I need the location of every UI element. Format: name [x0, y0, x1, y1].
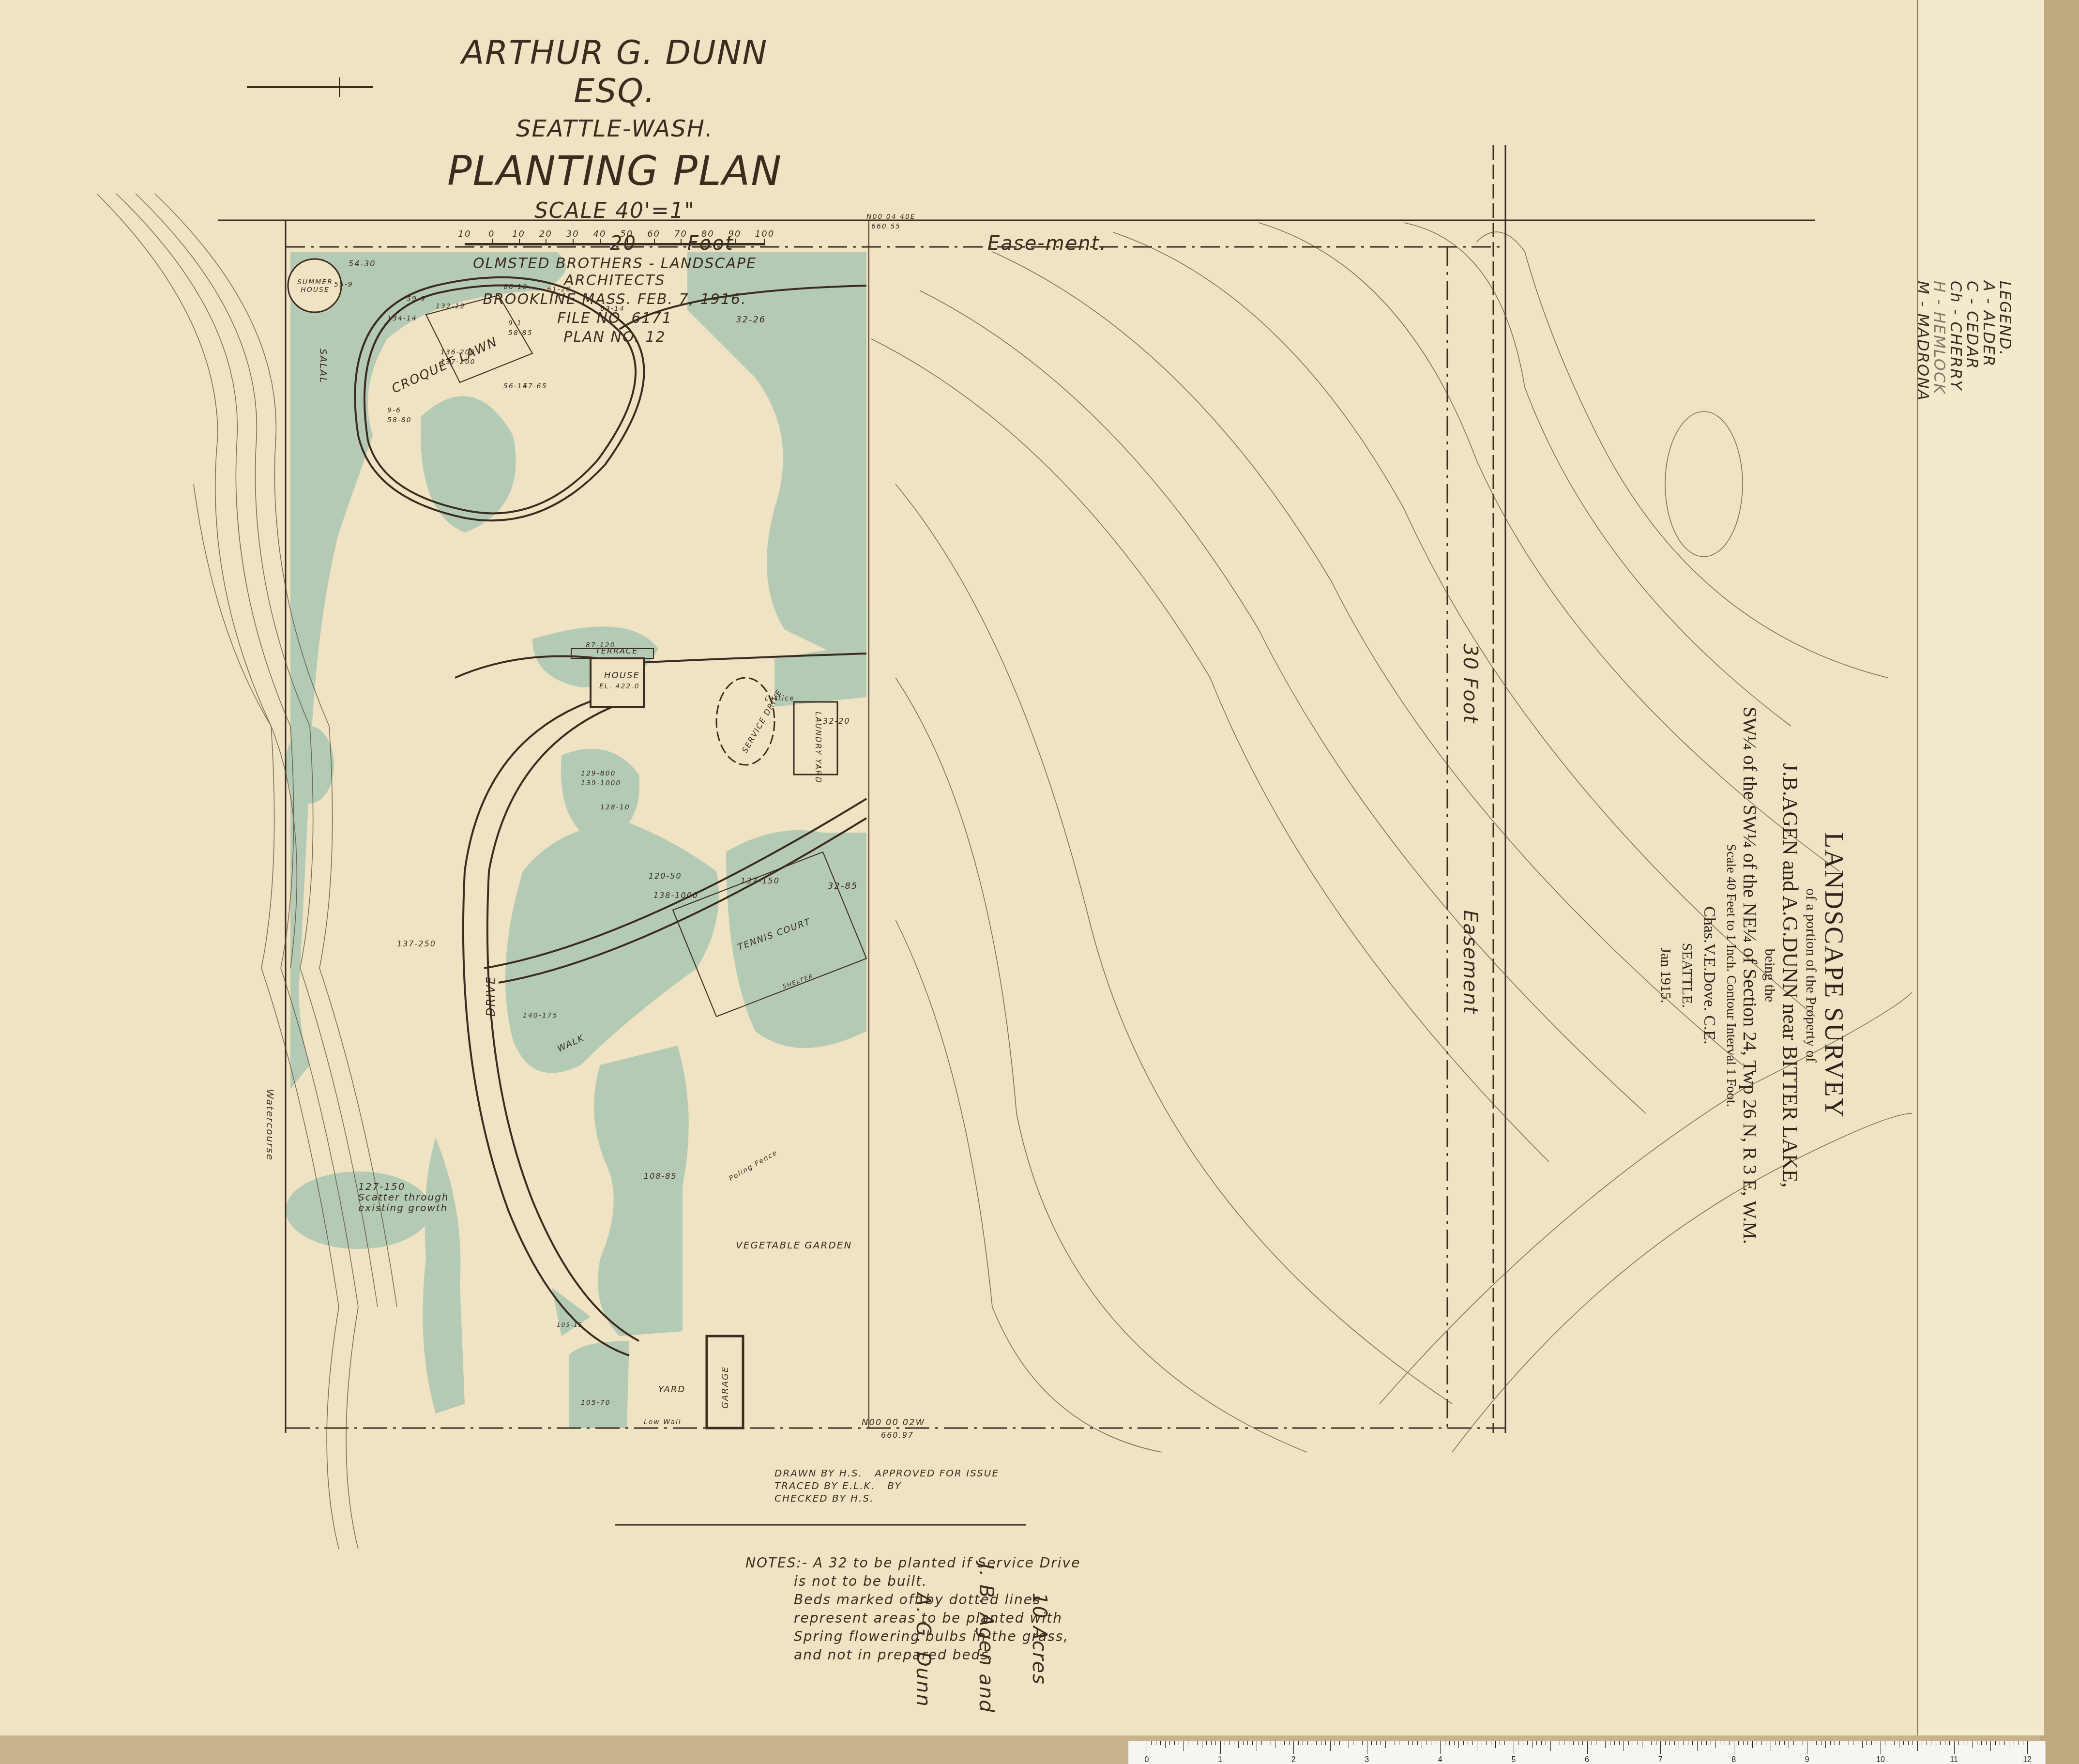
ruler-tick: [1674, 1741, 1675, 1745]
ruler-tick: [1367, 1741, 1367, 1754]
ruler-tick: [1247, 1741, 1248, 1745]
ruler-tick: [1789, 1741, 1789, 1748]
ruler-tick: [1422, 1741, 1422, 1748]
ruler-tick: [1569, 1741, 1569, 1748]
ruler-tick: [1197, 1741, 1198, 1745]
checked-by: CHECKED BY H.S.: [774, 1492, 874, 1504]
measurement-ruler: 0 1 2 3 4 5 6 7 8 9 10 11 12: [1128, 1741, 2046, 1764]
ruler-tick: [1550, 1741, 1551, 1751]
ruler-tick: [1894, 1741, 1895, 1745]
ruler-tick: [1472, 1741, 1473, 1745]
ruler-tick: [1587, 1741, 1588, 1754]
lattice-label: Lattice: [765, 695, 795, 702]
note-line: A 32 to be planted if Service Drive: [813, 1555, 1080, 1571]
ruler-tick: [2009, 1741, 2009, 1748]
ruler-tick: [1463, 1741, 1464, 1745]
ruler-tick: [1642, 1741, 1642, 1748]
ruler-tick: [1179, 1741, 1179, 1745]
vegetable-garden-label: VEGETABLE GARDEN: [736, 1239, 852, 1251]
ruler-tick: [1532, 1741, 1533, 1748]
plant-code: 55-9: [334, 281, 353, 289]
legend-item-alder: A - ALDER: [1981, 281, 1997, 401]
plant-code: 136-200: [440, 349, 476, 356]
ruler-tick: [1849, 1741, 1849, 1745]
ruler-tick: [1211, 1741, 1212, 1745]
ruler-tick: [1633, 1741, 1633, 1745]
ruler-tick: [1752, 1741, 1753, 1748]
ruler-tick: [1596, 1741, 1596, 1745]
laundry-yard-label: LAUNDRY YARD: [814, 712, 823, 784]
plant-code: 139-1000: [581, 779, 621, 787]
plant-code: 134-14: [387, 315, 417, 322]
scale-label: 10: [512, 229, 525, 239]
plant-code: 105-15: [557, 1322, 583, 1328]
ruler-tick: [1711, 1741, 1711, 1745]
east-easement-label-30-foot: 30 Foot: [1459, 644, 1481, 724]
ruler-tick: [1821, 1741, 1821, 1745]
ruler-tick: [1715, 1741, 1716, 1748]
ruler-tick: [1628, 1741, 1629, 1745]
ruler-tick: [1349, 1741, 1349, 1748]
plant-code: 54-30: [349, 259, 376, 268]
ruler-tick: [1899, 1741, 1899, 1748]
survey-legal-description: SW¼ of the SW¼ of the NE¼ of Section 24,…: [1739, 707, 1761, 1244]
ruler-tick: [1238, 1741, 1239, 1748]
ruler-tick: [1468, 1741, 1468, 1745]
salal-label: SALAL: [318, 349, 329, 383]
ruler-tick: [1669, 1741, 1670, 1745]
ruler-tick: [1257, 1741, 1257, 1751]
ruler-tick: [1514, 1741, 1514, 1754]
yard-label: YARD: [658, 1384, 685, 1395]
ruler-tick: [1174, 1741, 1175, 1745]
ruler-tick: [1440, 1741, 1441, 1754]
ruler-tick: [1229, 1741, 1229, 1745]
ruler-tick: [1335, 1741, 1335, 1745]
ruler-tick: [1330, 1741, 1331, 1751]
ruler-tick: [1885, 1741, 1885, 1745]
title-block: ARTHUR G. DUNN ESQ. SEATTLE-WASH. PLANTI…: [426, 34, 804, 346]
ruler-tick: [1169, 1741, 1170, 1745]
ruler-tick: [1592, 1741, 1592, 1745]
ruler-tick: [1651, 1741, 1652, 1745]
legend-label: MADRONA: [1914, 314, 1932, 401]
ruler-tick: [1940, 1741, 1941, 1745]
ruler-tick: [1573, 1741, 1574, 1745]
ruler-tick: [1202, 1741, 1202, 1748]
surveyor-name: Chas.V.E.Dove. C.E.: [1700, 707, 1718, 1244]
ruler-tick: [1844, 1741, 1844, 1751]
north-arrow-icon: [247, 86, 373, 88]
client-name: ARTHUR G. DUNN ESQ.: [426, 34, 804, 110]
legend-item-cedar: C - CEDAR: [1964, 281, 1981, 401]
ruler-tick: [1858, 1741, 1858, 1745]
ruler-number: 12: [2023, 1756, 2032, 1764]
ruler-number: 8: [1731, 1756, 1736, 1764]
scale-label: 60: [647, 229, 660, 239]
scale-label: 10: [458, 229, 471, 239]
ruler-tick: [1881, 1741, 1881, 1754]
easement-label-foot: Foot: [687, 232, 734, 255]
legend-symbol: Ch: [1947, 281, 1965, 304]
ruler-tick: [1839, 1741, 1840, 1745]
legend-symbol: C: [1963, 281, 1982, 292]
ruler-tick: [1193, 1741, 1193, 1745]
ruler-tick: [1151, 1741, 1152, 1745]
ruler-tick: [1871, 1741, 1872, 1745]
ruler-tick: [1385, 1741, 1386, 1748]
ruler-tick: [1215, 1741, 1216, 1745]
ruler-tick: [1958, 1741, 1959, 1745]
ruler-number: 4: [1438, 1756, 1442, 1764]
acreage-note: 10 Acres: [1028, 1593, 1050, 1685]
ruler-number: 11: [1950, 1756, 1958, 1764]
ruler-tick: [1927, 1741, 1927, 1745]
ruler-tick: [1564, 1741, 1564, 1745]
scale-label: 100: [755, 229, 774, 239]
ruler-tick: [1160, 1741, 1161, 1745]
ruler-tick: [1504, 1741, 1505, 1745]
ruler-tick: [1486, 1741, 1487, 1745]
ruler-tick: [1275, 1741, 1275, 1748]
summer-house-label: SUMMER HOUSE: [293, 278, 337, 294]
ruler-tick: [1660, 1741, 1661, 1754]
ruler-tick: [1381, 1741, 1381, 1745]
ruler-tick: [1339, 1741, 1340, 1745]
scale-label: 70: [674, 229, 687, 239]
ruler-tick: [1156, 1741, 1156, 1745]
ruler-tick: [1358, 1741, 1358, 1745]
approved-for-issue: APPROVED FOR ISSUE: [875, 1467, 999, 1479]
ruler-tick: [1816, 1741, 1817, 1745]
watercourse-label: Watercourse: [264, 1089, 276, 1161]
ruler-tick: [1412, 1741, 1413, 1745]
survey-scale: Scale 40 Feet to 1 Inch. Contour Interva…: [1723, 707, 1739, 1244]
ruler-tick: [1793, 1741, 1794, 1745]
ruler-tick: [1798, 1741, 1798, 1745]
traced-by: TRACED BY E.L.K.: [774, 1480, 875, 1491]
ruler-tick: [1206, 1741, 1207, 1745]
ruler-tick: [1638, 1741, 1638, 1745]
ruler-tick: [1271, 1741, 1271, 1745]
ruler-tick: [1454, 1741, 1455, 1745]
plant-code: 140-175: [523, 1012, 558, 1019]
garage-label: GARAGE: [720, 1366, 730, 1409]
ruler-tick: [1298, 1741, 1299, 1745]
ruler-tick: [1284, 1741, 1285, 1745]
ruler-tick: [2027, 1741, 2028, 1754]
ruler-tick: [2018, 1741, 2018, 1745]
survey-city: SEATTLE.: [1679, 707, 1695, 1244]
ruler-tick: [1578, 1741, 1578, 1745]
survey-title: LANDSCAPE SURVEY: [1819, 707, 1849, 1244]
low-wall-label: Low Wall: [644, 1418, 682, 1426]
ruler-tick: [1371, 1741, 1372, 1745]
legend-label: ALDER: [1980, 311, 1998, 367]
ruler-tick: [1417, 1741, 1418, 1745]
plant-code: 137-250: [397, 939, 436, 948]
scatter-note-code: 127-150: [358, 1181, 449, 1192]
ruler-tick: [1963, 1741, 1963, 1745]
ruler-number: 0: [1144, 1756, 1149, 1764]
ruler-tick: [1688, 1741, 1688, 1745]
drive-label: DRIVE: [484, 976, 498, 1017]
ruler-tick: [1867, 1741, 1867, 1745]
ruler-tick: [1931, 1741, 1931, 1745]
plant-code: 137-150: [741, 876, 780, 885]
ruler-tick: [1743, 1741, 1744, 1745]
owner-note-dunn: A. G. Dunn: [912, 1593, 934, 1707]
ruler-tick: [1747, 1741, 1748, 1745]
ruler-tick: [1225, 1741, 1225, 1745]
plant-code: 138-1000: [653, 891, 698, 900]
easement-label-20: 20: [610, 232, 637, 255]
drafting-credits: DRAWN BY H.S. APPROVED FOR ISSUE TRACED …: [774, 1467, 999, 1505]
scatter-note: 127-150 Scatter through existing growth: [358, 1181, 449, 1213]
ruler-tick: [1610, 1741, 1610, 1745]
ruler-tick: [1954, 1741, 1955, 1754]
ruler-tick: [1949, 1741, 1950, 1745]
plant-code: 108-85: [644, 1171, 677, 1181]
ruler-tick: [1458, 1741, 1459, 1748]
plant-code: 32-85: [828, 881, 858, 891]
ruler-tick: [1220, 1741, 1221, 1754]
ruler-tick: [1706, 1741, 1707, 1745]
firm-name: OLMSTED BROTHERS - LANDSCAPE ARCHITECTS: [426, 255, 804, 289]
legend-label: CEDAR: [1963, 311, 1982, 369]
ruler-tick: [1376, 1741, 1377, 1745]
legend: LEGEND. A - ALDER C - CEDAR Ch - CHERRY …: [1915, 281, 2014, 401]
ruler-tick: [1917, 1741, 1918, 1751]
ruler-tick: [1188, 1741, 1188, 1745]
east-easement-label: Easement: [1459, 910, 1481, 1015]
ruler-tick: [1720, 1741, 1720, 1745]
easement-label-easement: Ease-ment.: [987, 232, 1107, 255]
plant-code: 9-1: [508, 319, 522, 327]
ruler-tick: [1890, 1741, 1890, 1745]
plant-code: 66-10: [503, 283, 528, 291]
house-elevation-label: EL. 422.0: [599, 683, 640, 690]
plant-code: 137-200: [440, 358, 476, 366]
ruler-tick: [1725, 1741, 1725, 1745]
plant-code: 87-120: [586, 641, 616, 649]
ruler-tick: [1945, 1741, 1945, 1745]
ruler-tick: [1876, 1741, 1876, 1745]
ruler-tick: [1555, 1741, 1555, 1745]
ruler-tick: [1729, 1741, 1730, 1745]
client-location: SEATTLE-WASH.: [426, 115, 804, 142]
plant-code: 128-10: [600, 804, 630, 811]
ruler-tick: [1527, 1741, 1528, 1745]
ruler-tick: [1408, 1741, 1409, 1745]
ruler-tick: [1449, 1741, 1450, 1745]
ruler-number: 9: [1805, 1756, 1809, 1764]
ruler-tick: [1853, 1741, 1853, 1745]
ruler-number: 3: [1365, 1756, 1369, 1764]
ruler-tick: [1701, 1741, 1702, 1745]
ruler-tick: [1362, 1741, 1363, 1745]
ruler-tick: [1477, 1741, 1477, 1751]
ruler-tick: [1404, 1741, 1404, 1751]
ruler-number: 5: [1511, 1756, 1516, 1764]
ruler-tick: [1908, 1741, 1909, 1745]
plant-code: 120-50: [649, 871, 682, 881]
plant-code: 58-85: [508, 329, 533, 337]
ruler-tick: [2000, 1741, 2000, 1745]
ruler-tick: [1614, 1741, 1615, 1745]
ruler-tick: [1679, 1741, 1679, 1748]
ruler-tick: [1656, 1741, 1656, 1745]
ruler-tick: [1307, 1741, 1308, 1745]
ruler-tick: [1321, 1741, 1321, 1745]
ruler-tick: [1784, 1741, 1785, 1745]
ruler-tick: [1289, 1741, 1290, 1745]
ruler-tick: [1518, 1741, 1518, 1745]
scale-label: 0: [488, 229, 495, 239]
ruler-tick: [1981, 1741, 1982, 1745]
south-bearing-label: N00 00 02W: [862, 1417, 925, 1428]
contour-lines: [97, 194, 1912, 1549]
ruler-number: 2: [1291, 1756, 1296, 1764]
legend-title: LEGEND.: [1997, 281, 2014, 401]
ruler-tick: [1344, 1741, 1344, 1745]
ruler-tick: [1986, 1741, 1987, 1745]
ruler-tick: [1936, 1741, 1936, 1748]
ruler-tick: [1647, 1741, 1647, 1745]
ruler-tick: [1825, 1741, 1826, 1748]
planting-beds: [286, 252, 866, 1428]
ruler-tick: [1771, 1741, 1771, 1751]
ruler-tick: [1500, 1741, 1500, 1745]
plant-code: 61-20: [547, 286, 572, 293]
house-label: HOUSE: [604, 670, 640, 681]
legend-item-hemlock: H - HEMLOCK: [1931, 281, 1948, 401]
ruler-tick: [1990, 1741, 1991, 1751]
ruler-tick: [1147, 1741, 1147, 1754]
plant-code: 32-26: [736, 315, 766, 325]
plan-title: PLANTING PLAN: [426, 147, 804, 195]
ruler-number: 10: [1876, 1756, 1885, 1764]
north-distance-label: 660.55: [871, 223, 901, 230]
north-bearing-label: N00 04 40E: [866, 213, 916, 221]
ruler-tick: [1912, 1741, 1913, 1745]
plant-code: 132-12: [436, 303, 466, 310]
ruler-tick: [1683, 1741, 1684, 1745]
ruler-number: 7: [1658, 1756, 1663, 1764]
ruler-tick: [1560, 1741, 1560, 1745]
legend-item-madrona: M - MADRONA: [1915, 281, 1931, 401]
scatter-note-line: existing growth: [358, 1202, 449, 1213]
ruler-tick: [1738, 1741, 1739, 1745]
plant-code: 63-14: [600, 305, 625, 313]
plant-code: 105-70: [581, 1399, 611, 1407]
ruler-tick: [1303, 1741, 1303, 1745]
ruler-tick: [1766, 1741, 1766, 1745]
approved-by: BY: [887, 1480, 902, 1491]
survey-date: Jan 1915.: [1657, 707, 1674, 1244]
plant-code: 58-80: [387, 416, 412, 424]
ruler-tick: [1280, 1741, 1280, 1745]
ruler-tick: [1399, 1741, 1399, 1745]
ruler-tick: [1266, 1741, 1266, 1745]
ruler-tick: [1509, 1741, 1509, 1745]
ruler-tick: [1431, 1741, 1431, 1745]
ruler-tick: [1775, 1741, 1775, 1745]
ruler-tick: [1234, 1741, 1234, 1745]
ruler-tick: [1293, 1741, 1294, 1754]
survey-owners: J.B.AGEN and A.G.DUNN near BITTER LAKE,: [1778, 707, 1803, 1244]
ruler-tick: [1807, 1741, 1807, 1754]
ruler-tick: [1426, 1741, 1427, 1745]
ruler-tick: [1482, 1741, 1482, 1745]
ruler-tick: [1261, 1741, 1262, 1745]
ruler-tick: [1312, 1741, 1312, 1748]
plant-code: 57-65: [523, 382, 547, 390]
ruler-tick: [1325, 1741, 1326, 1745]
ruler-tick: [1665, 1741, 1666, 1745]
ruler-number: 6: [1585, 1756, 1589, 1764]
drawn-by: DRAWN BY H.S.: [774, 1467, 863, 1479]
legend-symbol: M: [1914, 281, 1932, 295]
ruler-tick: [1619, 1741, 1620, 1745]
ruler-tick: [1972, 1741, 1973, 1748]
ruler-tick: [1835, 1741, 1835, 1745]
ruler-tick: [1692, 1741, 1693, 1745]
owner-note-agen: J. B. Agen and: [975, 1564, 997, 1713]
ruler-tick: [1395, 1741, 1395, 1745]
note-line: is not to be built.: [745, 1572, 1080, 1591]
ruler-tick: [1536, 1741, 1537, 1745]
ruler-tick: [1316, 1741, 1317, 1745]
ruler-tick: [1184, 1741, 1184, 1751]
survey-title-block: LANDSCAPE SURVEY of a portion of the Pro…: [1657, 707, 1849, 1244]
ruler-tick: [1165, 1741, 1166, 1748]
ruler-tick: [1252, 1741, 1253, 1745]
ruler-tick: [1353, 1741, 1353, 1745]
scale-label: 20: [539, 229, 552, 239]
ruler-tick: [1445, 1741, 1445, 1745]
ruler-tick: [1862, 1741, 1863, 1748]
ruler-tick: [2014, 1741, 2014, 1745]
ruler-tick: [1803, 1741, 1803, 1745]
ruler-tick: [1523, 1741, 1523, 1745]
ruler-tick: [1697, 1741, 1698, 1751]
plant-code: 129-800: [581, 770, 616, 777]
ruler-tick: [2004, 1741, 2005, 1745]
ruler-tick: [1546, 1741, 1546, 1745]
ruler-tick: [1812, 1741, 1812, 1745]
ruler-tick: [1977, 1741, 1977, 1745]
ruler-tick: [1390, 1741, 1390, 1745]
ruler-tick: [1495, 1741, 1496, 1748]
plant-code: 9-6: [387, 407, 401, 414]
scatter-note-line: Scatter through: [358, 1192, 449, 1202]
scale-label: 30: [566, 229, 579, 239]
ruler-tick: [1968, 1741, 1968, 1745]
plant-code: 59-9: [407, 295, 426, 303]
legend-symbol: A: [1980, 281, 1998, 292]
ruler-tick: [1624, 1741, 1624, 1751]
legend-symbol: H: [1930, 281, 1949, 293]
ruler-tick: [1779, 1741, 1780, 1745]
survey-line: being the: [1761, 707, 1778, 1244]
plant-code: 32-20: [823, 716, 850, 726]
ruler-tick: [1830, 1741, 1831, 1745]
ruler-tick: [1582, 1741, 1583, 1745]
ruler-tick: [1903, 1741, 1904, 1745]
legend-item-cherry: Ch - CHERRY: [1948, 281, 1964, 401]
ruler-tick: [1605, 1741, 1606, 1748]
